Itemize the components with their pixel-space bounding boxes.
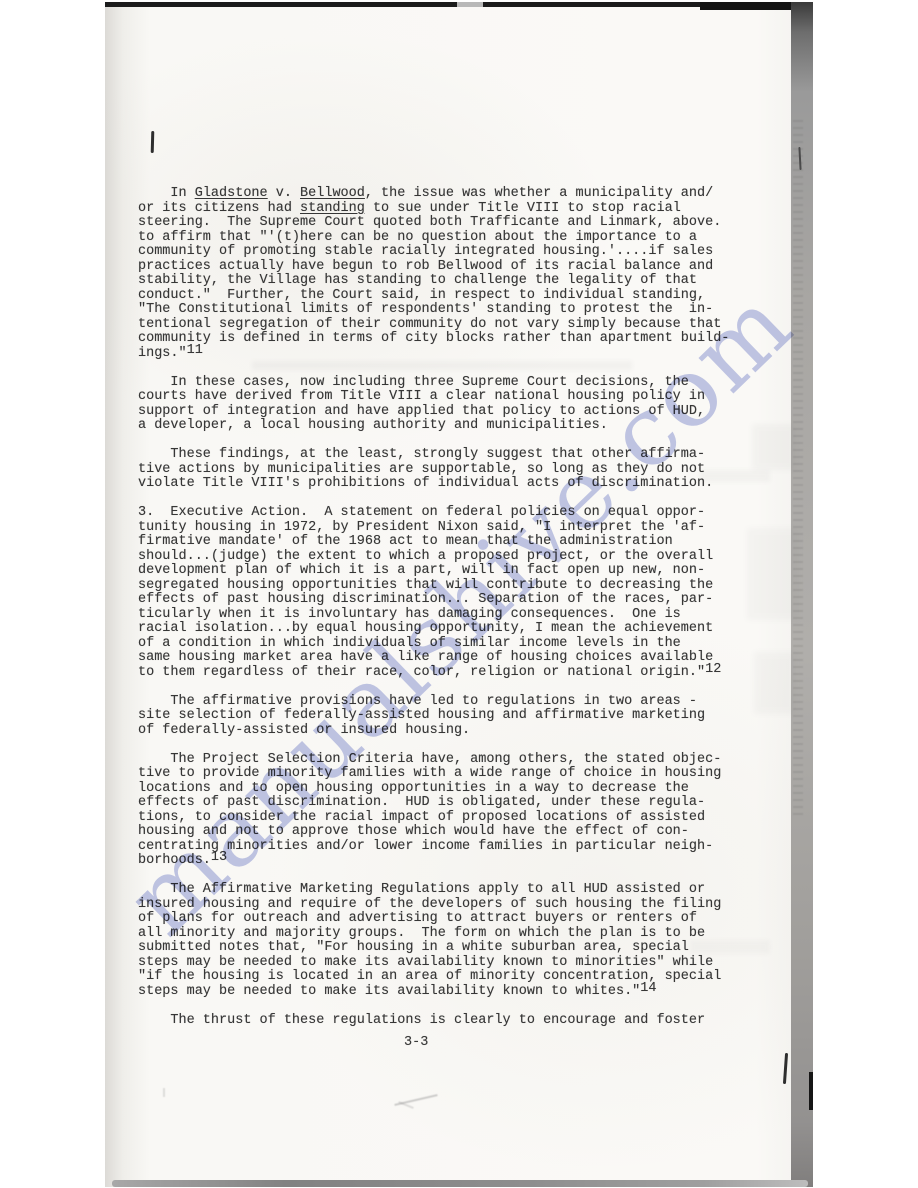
scan-top-edge-gap <box>457 2 483 7</box>
paragraph: The Affirmative Marketing Regulations ap… <box>138 883 758 999</box>
scan-edge-ink-blot <box>809 1072 813 1110</box>
paragraph: In these cases, now including three Supr… <box>138 376 758 434</box>
scanned-document-view: In Gladstone v. Bellwood, the issue was … <box>0 0 918 1188</box>
paragraph: These findings, at the least, strongly s… <box>138 448 758 492</box>
scan-bottom-edge <box>112 1180 808 1187</box>
bleedthrough-smudge <box>754 652 796 714</box>
paragraph: The Project Selection Criteria have, amo… <box>138 753 758 869</box>
typewritten-body-text: In Gladstone v. Bellwood, the issue was … <box>138 187 758 1028</box>
paragraph: The affirmative provisions have led to r… <box>138 695 758 739</box>
scratch-mark <box>163 1088 165 1097</box>
paragraph: The thrust of these regulations is clear… <box>138 1014 758 1029</box>
pen-mark-left-margin <box>151 131 155 153</box>
scan-spine-texture <box>793 120 803 820</box>
bleedthrough-smudge <box>752 424 796 470</box>
page-number: 3-3 <box>404 1035 428 1050</box>
paragraph: 3. Executive Action. A statement on fede… <box>138 506 758 680</box>
paragraph: In Gladstone v. Bellwood, the issue was … <box>138 187 758 361</box>
